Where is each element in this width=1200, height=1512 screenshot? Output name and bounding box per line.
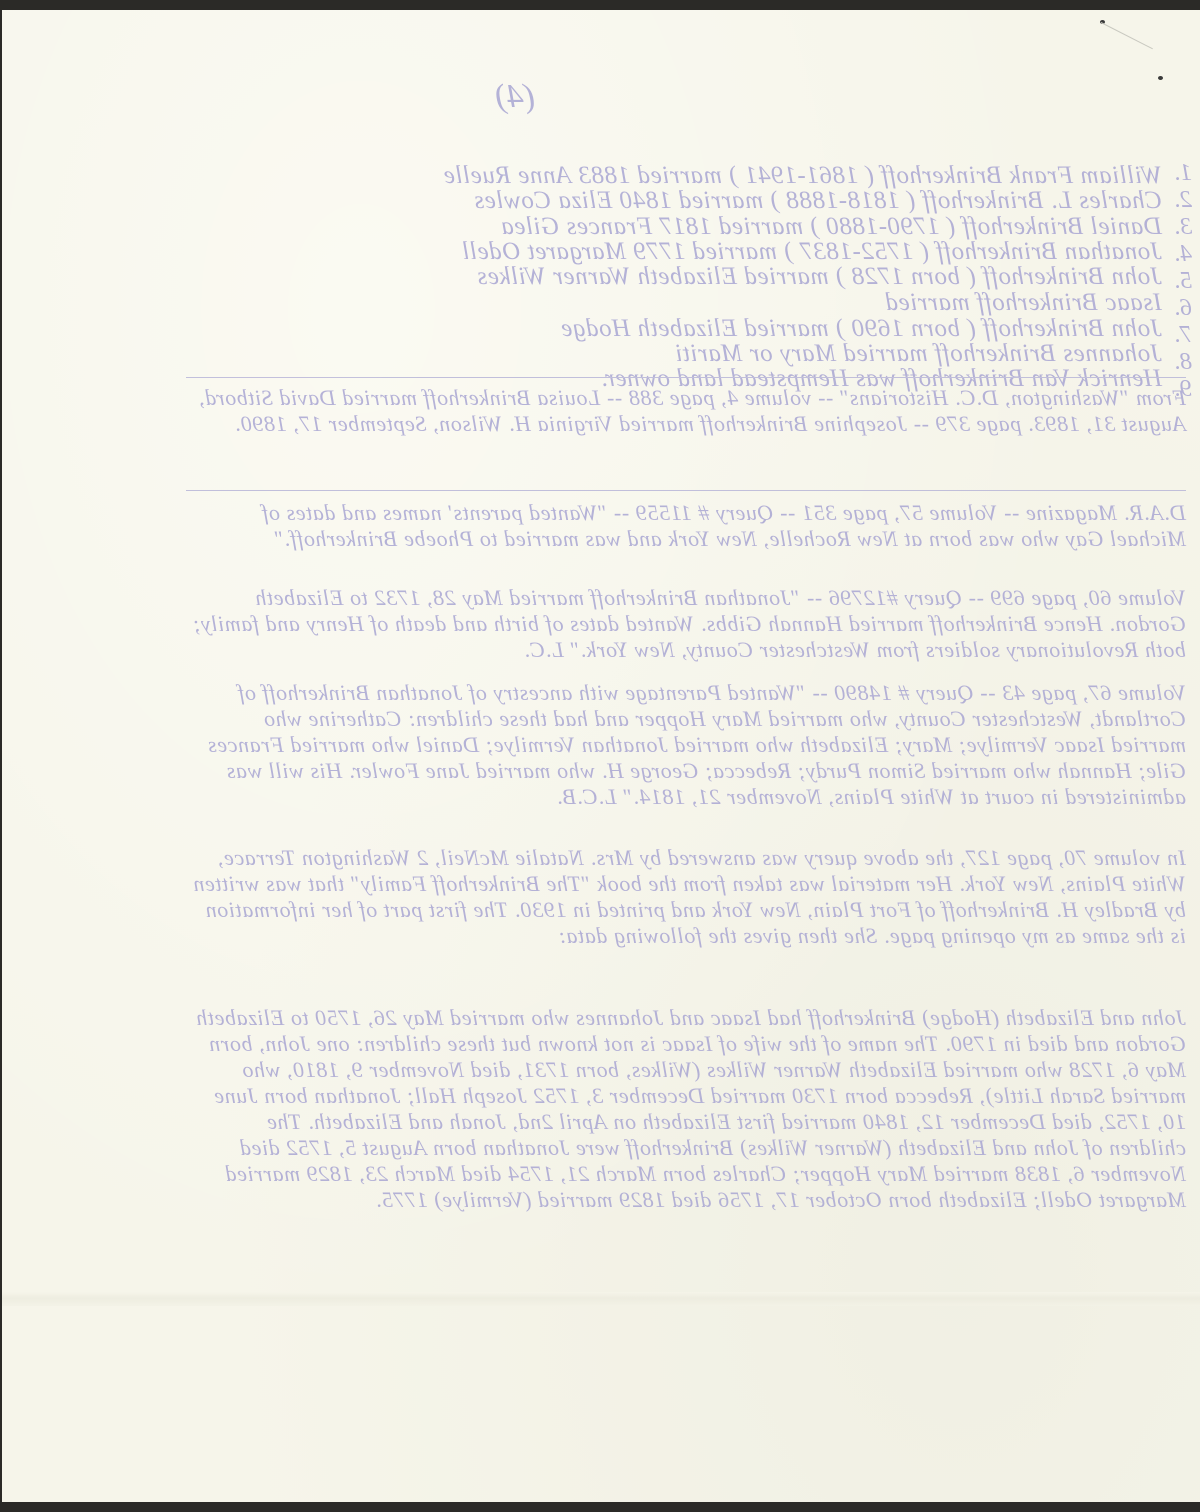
lineage-number: 7. — [1174, 322, 1192, 349]
note-paragraph: John and Elizabeth (Hodge) Brinkerhoff h… — [186, 1005, 1186, 1213]
lineage-number: 8. — [1174, 349, 1192, 376]
lineage-entry: William Frank Brinkerhoff ( 1861-1941 ) … — [443, 162, 1162, 190]
section-divider — [186, 490, 1186, 491]
lineage-entry: John Brinkerhoff ( born 1728 ) married E… — [477, 263, 1162, 291]
lineage-entry: Johannes Brinkerhoff married Mary or Mar… — [675, 340, 1162, 368]
lineage-number: 6. — [1174, 295, 1192, 322]
lineage-number: 3. — [1174, 214, 1192, 241]
bleed-through-text: (4) 1. 2. 3. 4. 5. 6. 7. 8. 9. William F… — [0, 0, 1200, 1512]
note-paragraph: D.A.R. Magazine -- Volume 57, page 351 -… — [186, 500, 1186, 552]
lineage-number: 4. — [1174, 241, 1192, 268]
note-paragraph: Volume 60, page 699 -- Query #12796 -- "… — [186, 585, 1186, 663]
note-paragraph: Volume 67, page 43 -- Query # 14890 -- "… — [186, 680, 1186, 810]
lineage-number: 5. — [1174, 268, 1192, 295]
lineage-entry: Charles L. Brinkerhoff ( 1818-1888 ) mar… — [474, 187, 1162, 215]
lineage-entry: Daniel Brinkerhoff ( 1790-1880 ) married… — [501, 213, 1162, 241]
lineage-number: 2. — [1174, 187, 1192, 214]
lineage-entry: Jonathan Brinkerhoff ( 1752-1837 ) marri… — [462, 238, 1162, 266]
lineage-entry: Isaac Brinkerhoff married — [885, 289, 1162, 317]
lineage-numbers: 1. 2. 3. 4. 5. 6. 7. 8. 9. — [1174, 160, 1192, 403]
section-divider — [186, 377, 1186, 378]
page-number: (4) — [495, 78, 535, 116]
note-paragraph: In volume 70, page 127, the above query … — [186, 845, 1186, 949]
note-paragraph: From "Washington, D.C. Historians" -- vo… — [186, 385, 1186, 437]
lineage-entry: John Brinkerhoff ( born 1690 ) married E… — [561, 315, 1162, 343]
lineage-number: 1. — [1174, 160, 1192, 187]
